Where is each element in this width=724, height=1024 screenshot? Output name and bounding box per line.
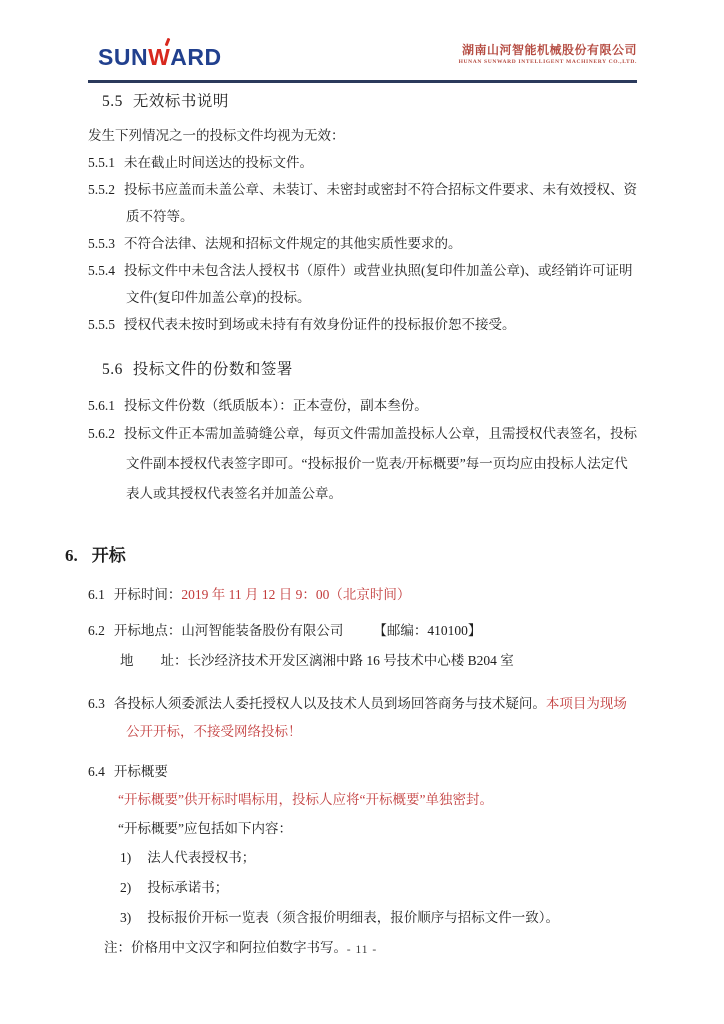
header-divider xyxy=(88,80,637,83)
clause-5-6-2: 5.6.2投标文件正本需加盖骑缝公章，每页文件需加盖投标人公章，且需授权代表签名… xyxy=(88,419,638,509)
company-name-cn: 湖南山河智能机械股份有限公司 xyxy=(459,43,637,58)
clause-5-5-2: 5.5.2投标书应盖而未盖公章、未装订、未密封或密封不符合招标文件要求、未有效授… xyxy=(88,176,638,230)
logo-text-w: W xyxy=(148,44,170,70)
clause-5-5-5: 5.5.5授权代表未按时到场或未持有有效身份证件的投标报价恕不接受。 xyxy=(88,311,638,338)
postcode: 【邮编：410100】 xyxy=(373,623,481,638)
clause-6-3: 6.3各投标人须委派法人委托授权人以及技术人员到场回答商务与技术疑问。本项目为现… xyxy=(88,690,638,746)
open-bid-summary-note-red: “开标概要”供开标时唱标用，投标人应将“开标概要”单独密封。 xyxy=(88,786,638,814)
clause-5-5-1: 5.5.1未在截止时间送达的投标文件。 xyxy=(88,149,638,176)
page-header: SUNWARD 湖南山河智能机械股份有限公司 HUNAN SUNWARD INT… xyxy=(88,42,637,80)
open-bid-time-red: 2019 年 11 月 12 日 9：00（北京时间） xyxy=(181,587,410,602)
logo-text-sun: SUN xyxy=(98,44,148,70)
clause-6-2: 6.2开标地点：山河智能装备股份有限公司【邮编：410100】 xyxy=(88,616,638,646)
company-name-en: HUNAN SUNWARD INTELLIGENT MACHINERY CO.,… xyxy=(459,58,637,66)
open-bid-summary-include-label: “开标概要”应包括如下内容： xyxy=(88,814,638,843)
clause-6-4: 6.4开标概要 xyxy=(88,758,638,786)
list-item-3: 3)投标报价开标一览表（须含报价明细表，报价顺序与招标文件一致）。 xyxy=(88,903,638,933)
clause-6-1: 6.1开标时间：2019 年 11 月 12 日 9：00（北京时间） xyxy=(88,581,638,608)
list-item-1: 1)法人代表授权书； xyxy=(88,843,638,873)
section-5-5-intro: 发生下列情况之一的投标文件均视为无效： xyxy=(88,122,638,149)
sunward-logo: SUNWARD xyxy=(98,44,222,70)
section-5-5-heading: 5.5无效标书说明 xyxy=(88,90,638,114)
clause-5-6-1: 5.6.1投标文件份数（纸质版本）：正本壹份，副本叁份。 xyxy=(88,392,638,419)
document-page: SUNWARD 湖南山河智能机械股份有限公司 HUNAN SUNWARD INT… xyxy=(0,0,724,1024)
page-number: - 11 - xyxy=(0,944,724,956)
section-6-heading: 6.开标 xyxy=(65,543,638,569)
clause-5-5-4: 5.5.4投标文件中未包含法人授权书（原件）或营业执照(复印件加盖公章)、或经销… xyxy=(88,257,638,311)
section-5-6-heading: 5.6投标文件的份数和签署 xyxy=(88,358,638,382)
clause-6-2-address: 地 址：长沙经济技术开发区漓湘中路 16 号技术中心楼 B204 室 xyxy=(88,646,638,676)
clause-5-5-3: 5.5.3不符合法律、法规和招标文件规定的其他实质性要求的。 xyxy=(88,230,638,257)
logo-text-ard: ARD xyxy=(170,44,221,70)
document-body: 5.5无效标书说明 发生下列情况之一的投标文件均视为无效： 5.5.1未在截止时… xyxy=(88,90,638,962)
list-item-2: 2)投标承诺书； xyxy=(88,873,638,903)
company-block: 湖南山河智能机械股份有限公司 HUNAN SUNWARD INTELLIGENT… xyxy=(459,43,637,66)
